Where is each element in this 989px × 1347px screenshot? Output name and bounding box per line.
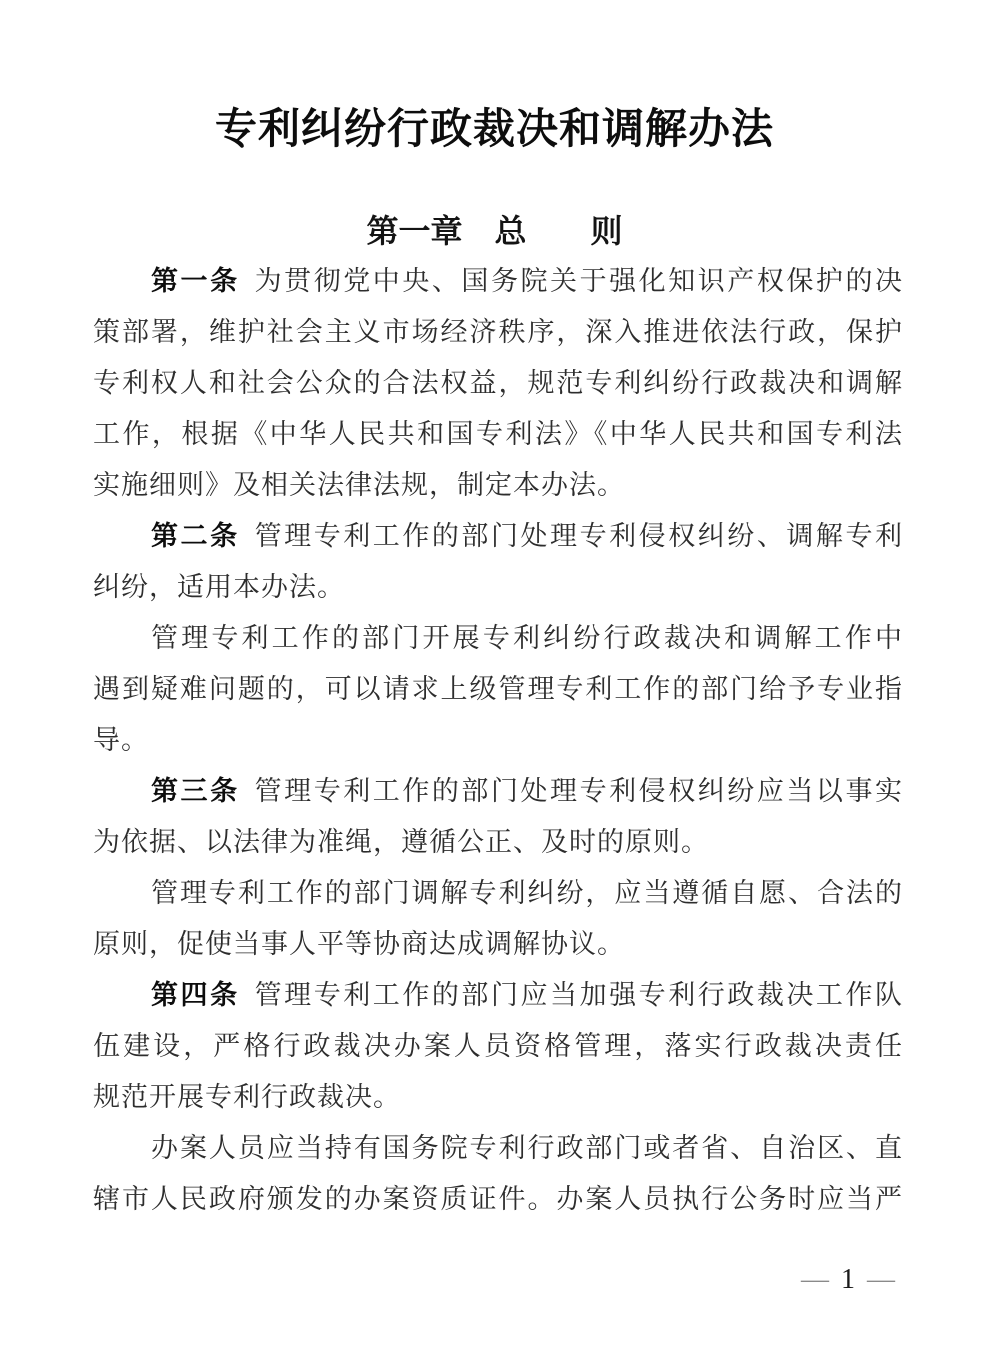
document-page: 专利纠纷行政裁决和调解办法 第一章 总 则 第一条为贯彻党中央、国务院关于强化知… xyxy=(0,0,989,1347)
text-line: 第二条管理专利工作的部门处理专利侵权纠纷、调解专利 xyxy=(93,511,903,562)
document-body: 第一条为贯彻党中央、国务院关于强化知识产权保护的决策部署，维护社会主义市场经济秩… xyxy=(93,256,903,1225)
text-line: 伍建设，严格行政裁决办案人员资格管理，落实行政裁决责任制， xyxy=(93,1021,903,1072)
text-line: 第三条管理专利工作的部门处理专利侵权纠纷应当以事实 xyxy=(93,766,903,817)
text-line: 管理专利工作的部门调解专利纠纷，应当遵循自愿、合法的 xyxy=(93,868,903,919)
chapter-heading: 第一章 总 则 xyxy=(0,206,989,252)
text-line: 辖市人民政府颁发的办案资质证件。办案人员执行公务时应当严 xyxy=(93,1174,903,1225)
text-line: 办案人员应当持有国务院专利行政部门或者省、自治区、直 xyxy=(93,1123,903,1174)
text-line: 为依据、以法律为准绳，遵循公正、及时的原则。 xyxy=(93,817,903,868)
page-footer: —1— xyxy=(801,1264,895,1296)
footer-left-dash: — xyxy=(801,1264,829,1295)
article-number: 第三条 xyxy=(151,776,240,806)
page-number: 1 xyxy=(841,1264,855,1295)
text-line: 导。 xyxy=(93,715,903,766)
text-line: 第四条管理专利工作的部门应当加强专利行政裁决工作队 xyxy=(93,970,903,1021)
text-line: 原则，促使当事人平等协商达成调解协议。 xyxy=(93,919,903,970)
text-line: 专利权人和社会公众的合法权益，规范专利纠纷行政裁决和调解 xyxy=(93,358,903,409)
article-number: 第四条 xyxy=(151,980,240,1010)
article-number: 第二条 xyxy=(151,521,240,551)
text-line: 纠纷，适用本办法。 xyxy=(93,562,903,613)
text-line: 管理专利工作的部门开展专利纠纷行政裁决和调解工作中 xyxy=(93,613,903,664)
footer-right-dash: — xyxy=(867,1264,895,1295)
text-line: 实施细则》及相关法律法规，制定本办法。 xyxy=(93,460,903,511)
text-line: 规范开展专利行政裁决。 xyxy=(93,1072,903,1123)
text-line: 第一条为贯彻党中央、国务院关于强化知识产权保护的决 xyxy=(93,256,903,307)
text-line: 遇到疑难问题的，可以请求上级管理专利工作的部门给予专业指 xyxy=(93,664,903,715)
text-line: 策部署，维护社会主义市场经济秩序，深入推进依法行政，保护 xyxy=(93,307,903,358)
document-title: 专利纠纷行政裁决和调解办法 xyxy=(0,96,989,156)
text-line: 工作，根据《中华人民共和国专利法》《中华人民共和国专利法 xyxy=(93,409,903,460)
article-number: 第一条 xyxy=(151,266,240,296)
